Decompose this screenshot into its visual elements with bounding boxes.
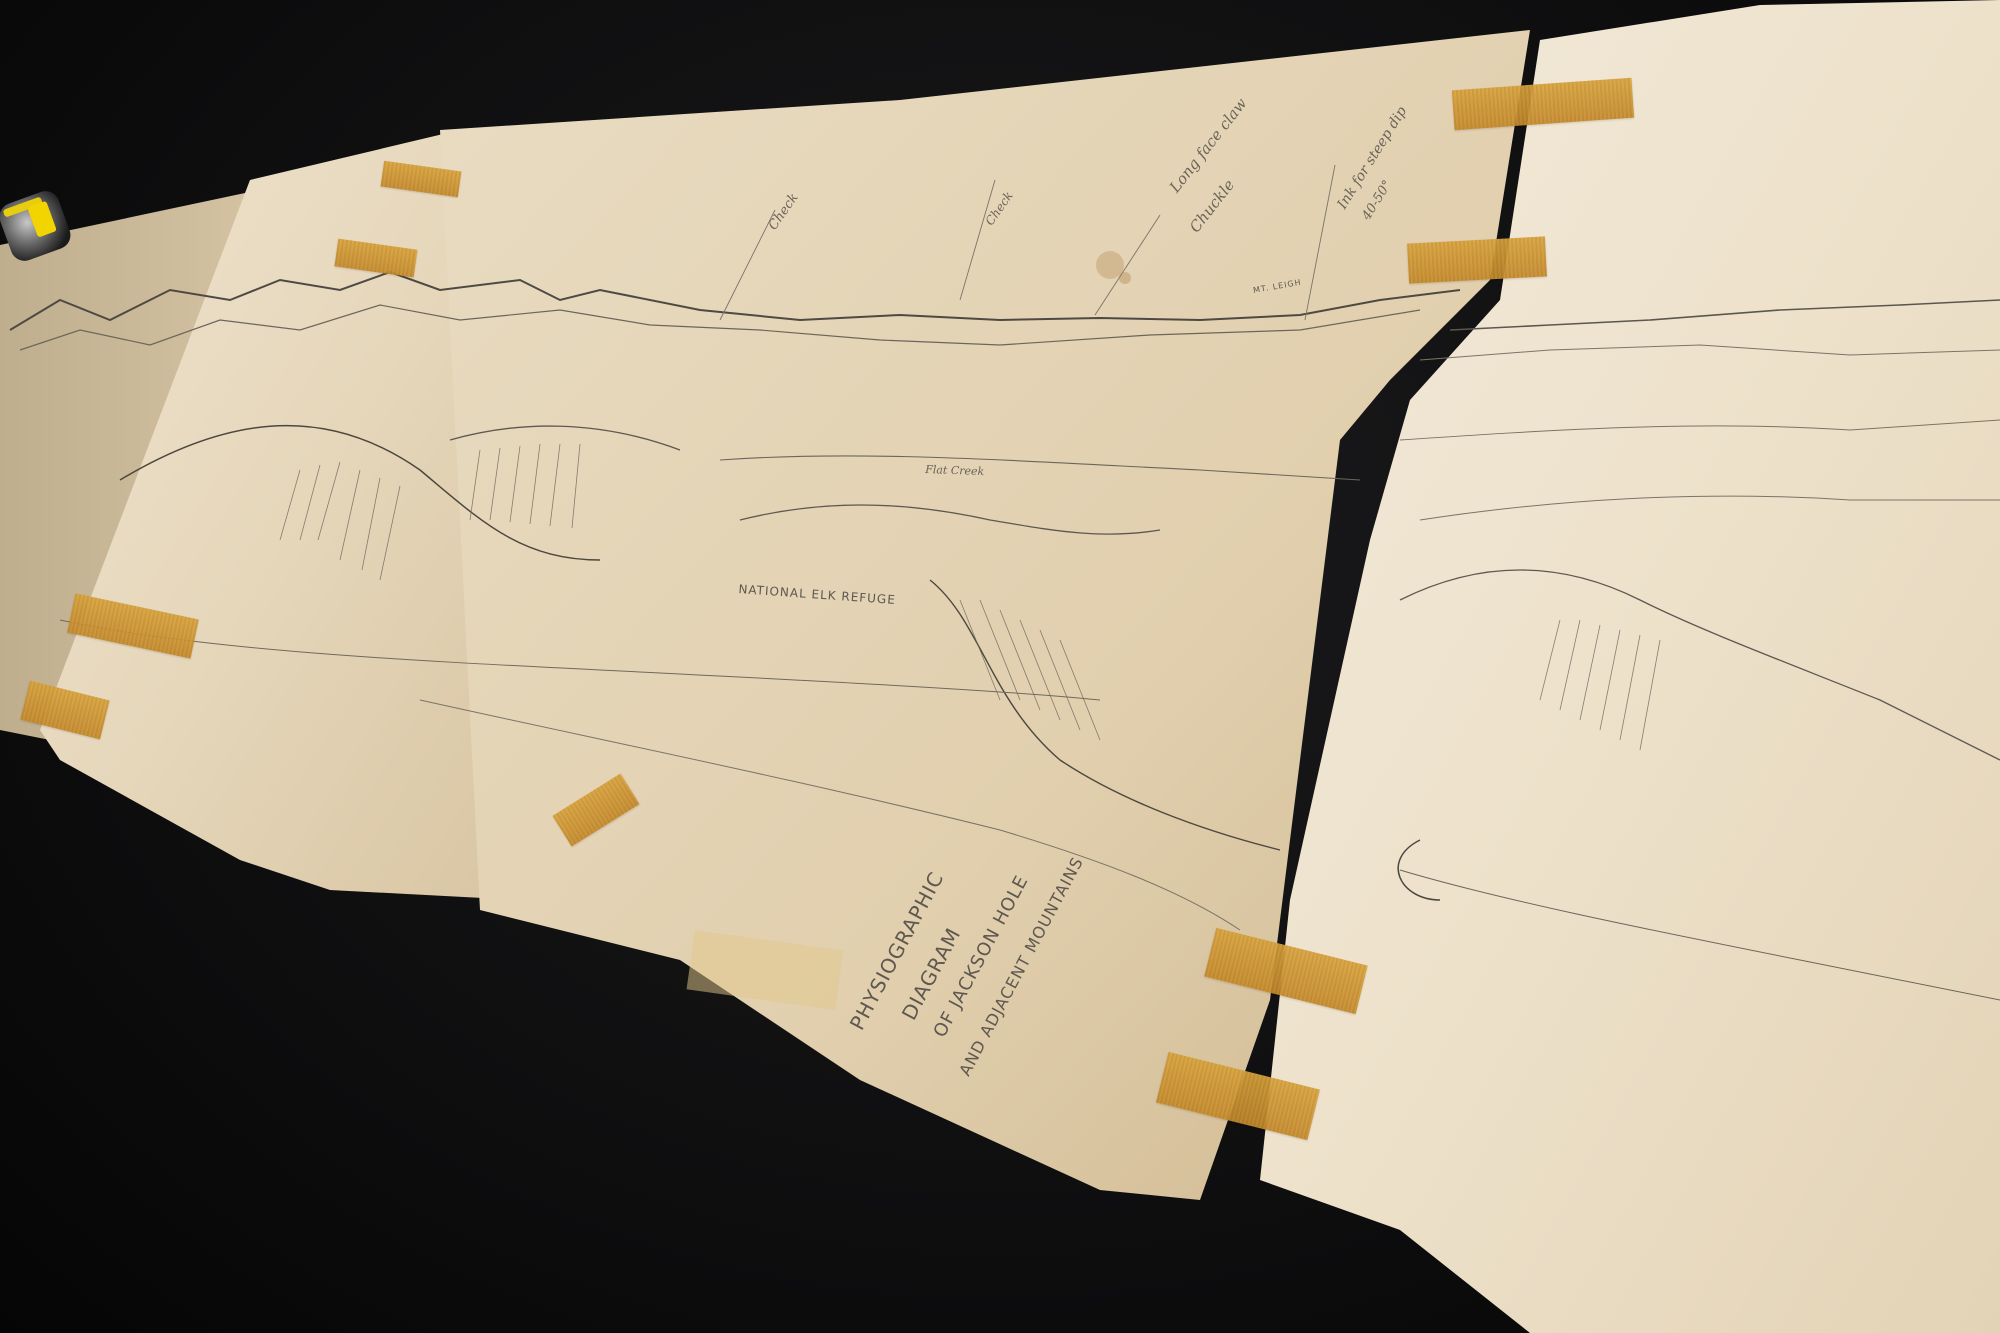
photo-scene: PHYSIOGRAPHIC DIAGRAM OF JACKSON HOLE AN… <box>0 0 2000 1333</box>
place-label-flat-creek: Flat Creek <box>925 463 984 478</box>
tape-strip <box>1407 236 1547 283</box>
